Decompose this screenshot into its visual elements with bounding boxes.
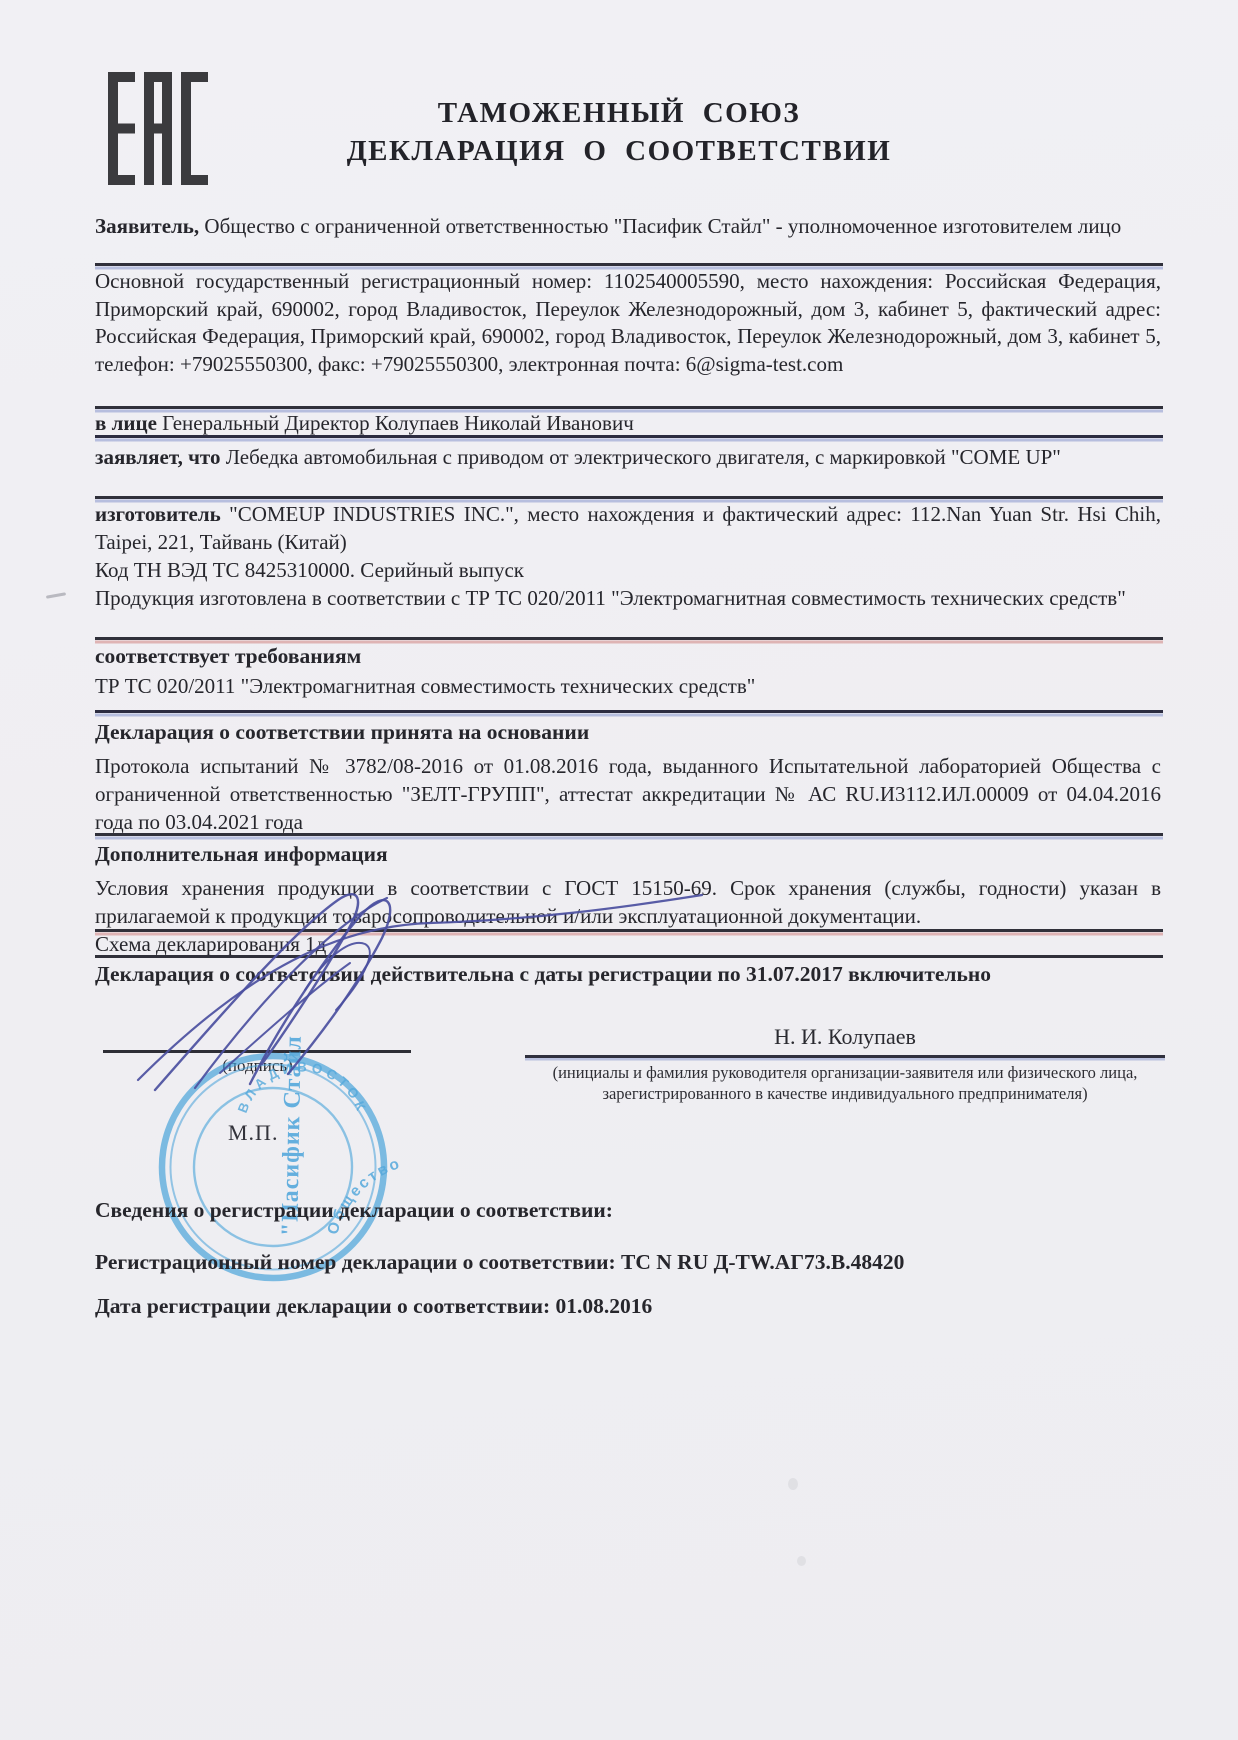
declares-text: Лебедка автомобильная с приводом от элек… xyxy=(226,445,1061,469)
title-line-1: ТАМОЖЕННЫЙ СОЮЗ xyxy=(86,94,1152,132)
applicant-details-text: Основной государственный регистрационный… xyxy=(95,268,1161,378)
scan-smudge xyxy=(797,1556,806,1566)
declaration-document-page: ТАМОЖЕННЫЙ СОЮЗ ДЕКЛАРАЦИЯ О СООТВЕТСТВИ… xyxy=(0,0,1238,1740)
made-per-paragraph: Продукция изготовлена в соответствии с Т… xyxy=(95,584,1161,612)
basis-heading: Декларация о соответствии принята на осн… xyxy=(95,718,1161,746)
applicant-paragraph: Заявитель, Общество с ограниченной ответ… xyxy=(95,212,1161,240)
manufacturer-paragraph: изготовитель "COMEUP INDUSTRIES INC.", м… xyxy=(95,500,1161,556)
declares-label: заявляет, что xyxy=(95,445,220,469)
basis-text: Протокола испытаний № 3782/08-2016 от 01… xyxy=(95,752,1161,836)
made-per-text: Продукция изготовлена в соответствии с Т… xyxy=(95,584,1161,612)
rule xyxy=(95,637,1163,640)
registration-date-line: Дата регистрации декларации о соответств… xyxy=(95,1294,1161,1319)
rule xyxy=(95,435,1163,438)
applicant-details-paragraph: Основной государственный регистрационный… xyxy=(95,268,1161,378)
rule xyxy=(95,710,1163,713)
rule xyxy=(95,833,1163,836)
tnved-code-text: Код ТН ВЭД ТС 8425310000. Серийный выпус… xyxy=(95,556,1161,584)
rule xyxy=(95,263,1163,266)
basis-heading-text: Декларация о соответствии принята на осн… xyxy=(95,718,1161,746)
applicant-text: Общество с ограниченной ответственностью… xyxy=(204,214,1121,238)
title-line-2: ДЕКЛАРАЦИЯ О СООТВЕТСТВИИ xyxy=(86,132,1152,170)
rule xyxy=(95,496,1163,499)
meets-paragraph: ТР ТС 020/2011 "Электромагнитная совмест… xyxy=(95,672,1161,700)
seal-place-abbr: М.П. xyxy=(228,1120,278,1146)
meets-text: ТР ТС 020/2011 "Электромагнитная совмест… xyxy=(95,672,1161,700)
document-title: ТАМОЖЕННЫЙ СОЮЗ ДЕКЛАРАЦИЯ О СООТВЕТСТВИ… xyxy=(86,94,1152,170)
scan-smudge xyxy=(788,1478,798,1490)
represented-by-label: в лице xyxy=(95,411,157,435)
applicant-label: Заявитель, xyxy=(95,214,199,238)
meets-heading: соответствует требованиям xyxy=(95,642,1161,670)
registration-number-line: Регистрационный номер декларации о соотв… xyxy=(95,1250,1161,1275)
handwritten-signature xyxy=(100,868,740,1096)
represented-by-text: Генеральный Директор Колупаев Николай Ив… xyxy=(162,411,634,435)
additional-heading-text: Дополнительная информация xyxy=(95,840,1161,868)
pencil-mark-artifact xyxy=(46,592,66,598)
meets-heading-text: соответствует требованиям xyxy=(95,642,1161,670)
additional-heading: Дополнительная информация xyxy=(95,840,1161,868)
declares-paragraph: заявляет, что Лебедка автомобильная с пр… xyxy=(95,444,1161,471)
registration-heading: Сведения о регистрации декларации о соот… xyxy=(95,1198,1161,1223)
manufacturer-label: изготовитель xyxy=(95,502,221,526)
tnved-code-line: Код ТН ВЭД ТС 8425310000. Серийный выпус… xyxy=(95,556,1161,584)
represented-by-paragraph: в лице Генеральный Директор Колупаев Ник… xyxy=(95,409,1161,437)
basis-paragraph: Протокола испытаний № 3782/08-2016 от 01… xyxy=(95,752,1161,836)
manufacturer-text: "COMEUP INDUSTRIES INC.", место нахожден… xyxy=(95,502,1161,554)
